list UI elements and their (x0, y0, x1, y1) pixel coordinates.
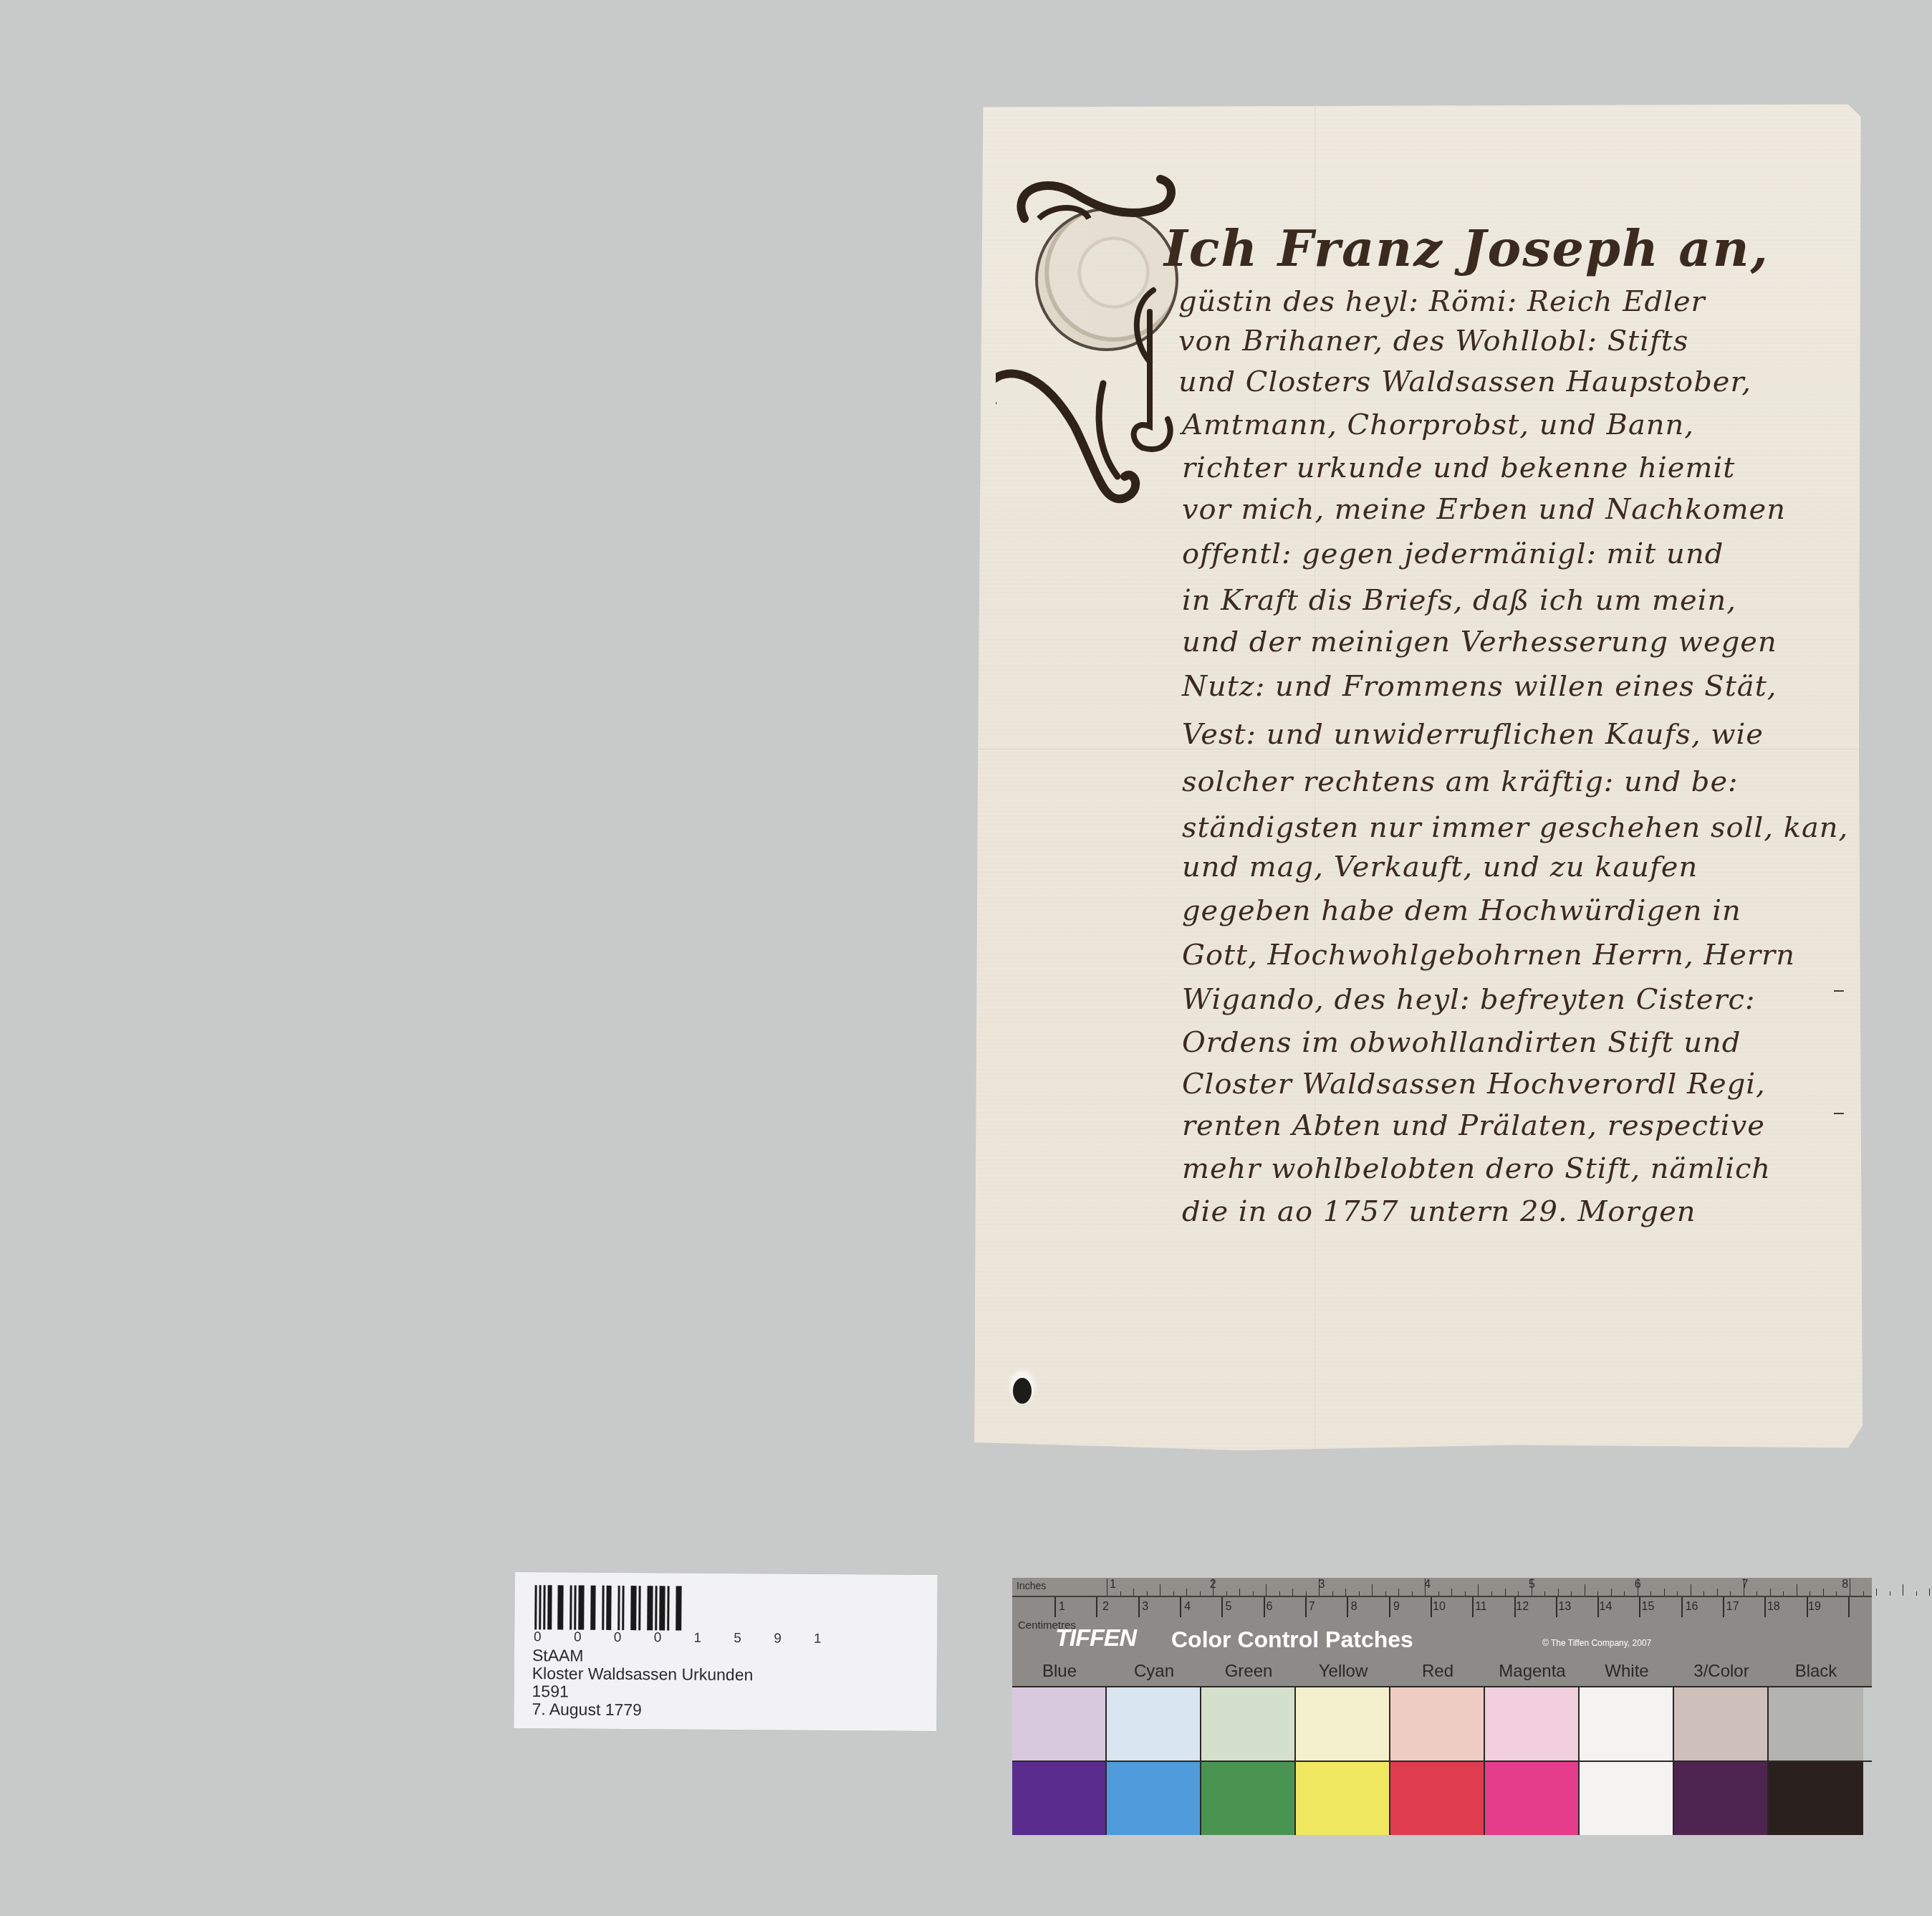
document-line: renten Abten und Prälaten, respective (1182, 1109, 1866, 1142)
inch-tick (1385, 1591, 1386, 1596)
inch-tick (1332, 1591, 1333, 1596)
cm-tick (1639, 1597, 1640, 1617)
inch-tick (1677, 1591, 1678, 1596)
inch-tick (1478, 1584, 1479, 1596)
cm-tick (1723, 1597, 1724, 1617)
cm-tick (1556, 1597, 1557, 1617)
ruler: Inches 1 2 3 4 5 6 7 8 1 2 3 4 5 6 7 8 9… (1012, 1578, 1872, 1686)
document-number: 1591 (532, 1682, 754, 1702)
cm-tick-label: 6 (1267, 1601, 1273, 1614)
cm-tick (1347, 1597, 1348, 1617)
inch-tick (1558, 1589, 1559, 1596)
patch-label-yellow: Yellow (1296, 1662, 1390, 1682)
cm-tick-label: 19 (1808, 1601, 1821, 1614)
cm-tick-label: 17 (1726, 1601, 1739, 1614)
document-line: mehr wohlbelobten dero Stift, nämlich (1182, 1152, 1866, 1185)
decorative-initial-icon (996, 168, 1182, 512)
inch-tick (1279, 1591, 1280, 1596)
patch-yellow-dark (1296, 1762, 1390, 1835)
patch-label-black: Black (1769, 1662, 1863, 1682)
inch-tick (1412, 1591, 1413, 1596)
patch-labels: Blue Cyan Green Yellow Red Magenta White… (1012, 1662, 1872, 1682)
inch-tick (1703, 1591, 1704, 1596)
cm-tick-label: 2 (1102, 1601, 1109, 1614)
cm-tick (1389, 1597, 1390, 1617)
inch-tick (1717, 1589, 1718, 1596)
document-line: Gott, Hochwohlgebohrnen Herrn, Herrn (1182, 939, 1866, 972)
cm-tick (1681, 1597, 1683, 1617)
document-line: solcher rechtens am kräftig: und be: (1182, 765, 1866, 798)
punch-hole (1013, 1378, 1032, 1404)
cm-tick (1138, 1597, 1140, 1617)
patch-3color-dark (1674, 1762, 1769, 1835)
patch-white-dark (1580, 1762, 1674, 1835)
inch-tick (1876, 1589, 1877, 1596)
cm-tick-label: 8 (1351, 1601, 1357, 1614)
patch-label-white: White (1580, 1662, 1674, 1682)
archive-label: 0 0 0 0 1 5 9 1 StAAM Kloster Waldsassen… (514, 1572, 938, 1731)
cm-tick (1597, 1597, 1599, 1617)
inch-tick (1903, 1584, 1903, 1596)
inch-tick (1597, 1591, 1598, 1596)
cm-tick-label: 7 (1309, 1601, 1315, 1614)
document-line: die in ao 1757 untern 29. Morgen (1182, 1195, 1866, 1228)
cm-tick (1180, 1597, 1181, 1617)
chart-copyright: © The Tiffen Company, 2007 (1542, 1638, 1651, 1648)
cm-tick (1472, 1597, 1474, 1617)
inch-tick (1133, 1589, 1134, 1596)
inch-tick (1345, 1589, 1346, 1596)
document-title-line: Ich Franz Joseph an, (1164, 219, 1866, 278)
inch-tick (1544, 1591, 1545, 1596)
inch-tick (1624, 1591, 1625, 1596)
margin-mark (1834, 1113, 1844, 1114)
cm-tick-label: 1 (1059, 1601, 1065, 1614)
cm-tick-label: 15 (1642, 1601, 1655, 1614)
inch-tick (1491, 1591, 1492, 1596)
inch-tick (1306, 1591, 1307, 1596)
inch-tick-label: 1 (1110, 1579, 1116, 1591)
patch-label-red: Red (1390, 1662, 1485, 1682)
patch-black-dark (1769, 1762, 1863, 1835)
barcode-icon (534, 1585, 683, 1630)
inch-tick (1664, 1589, 1665, 1596)
inch-tick (1611, 1589, 1612, 1596)
cm-tick (1054, 1597, 1056, 1617)
margin-mark (1834, 990, 1844, 992)
inch-tick (1638, 1579, 1638, 1596)
patch-red-dark (1390, 1762, 1485, 1835)
document-line: von Brihaner, des Wohllobl: Stifts (1178, 325, 1866, 358)
patch-3color-light (1674, 1687, 1769, 1761)
document-line: Nutz: und Frommens willen eines Stät, (1182, 670, 1866, 703)
inch-tick (1890, 1591, 1890, 1596)
patch-red-light (1390, 1687, 1485, 1761)
color-patches (1012, 1686, 1872, 1836)
document-line: Amtmann, Chorprobst, und Bann, (1182, 408, 1866, 441)
patch-cyan-dark (1107, 1762, 1201, 1835)
document-line: Wigando, des heyl: befreyten Cisterc: (1182, 983, 1866, 1016)
collection-name: Kloster Waldsassen Urkunden (532, 1664, 754, 1684)
inch-tick (1585, 1584, 1585, 1596)
cm-tick-label: 12 (1516, 1601, 1529, 1614)
cm-tick (1264, 1597, 1265, 1617)
document-line: gegeben habe dem Hochwürdigen in (1182, 894, 1866, 927)
patch-label-3color: 3/Color (1674, 1662, 1769, 1682)
inch-tick (1518, 1591, 1519, 1596)
patch-magenta-light (1485, 1687, 1580, 1761)
cm-tick (1514, 1597, 1516, 1617)
cm-tick-label: 18 (1767, 1601, 1780, 1614)
inch-tick (1266, 1584, 1267, 1596)
cm-tick (1848, 1597, 1850, 1617)
inch-tick (1571, 1591, 1572, 1596)
inch-tick (1770, 1589, 1771, 1596)
patch-green-light (1201, 1687, 1296, 1761)
inch-tick (1372, 1584, 1373, 1596)
document-line: und Closters Waldsassen Haupstober, (1178, 365, 1866, 398)
inch-tick (1438, 1591, 1439, 1596)
patch-label-green: Green (1201, 1662, 1296, 1682)
patch-black-light (1769, 1687, 1863, 1761)
cm-tick-label: 4 (1184, 1601, 1191, 1614)
document-line: offentl: gegen jedermänigl: mit und (1182, 537, 1866, 570)
dark-patch-row (1012, 1761, 1872, 1835)
document-date: 7. August 1779 (532, 1700, 753, 1720)
patch-green-dark (1201, 1762, 1296, 1835)
inch-tick (1730, 1591, 1731, 1596)
document-line: ständigsten nur immer geschehen soll, ka… (1182, 811, 1866, 844)
cm-tick (1221, 1597, 1223, 1617)
inch-tick (1200, 1591, 1201, 1596)
patch-label-blue: Blue (1012, 1662, 1107, 1682)
cm-tick (1764, 1597, 1766, 1617)
inch-tick (1147, 1591, 1148, 1596)
inches-label: Inches (1017, 1580, 1046, 1591)
color-control-chart: Inches 1 2 3 4 5 6 7 8 1 2 3 4 5 6 7 8 9… (1012, 1578, 1872, 1833)
document-line: Vest: und unwiderruflichen Kaufs, wie (1182, 718, 1866, 751)
patch-blue-dark (1012, 1762, 1107, 1835)
cm-tick-label: 5 (1225, 1601, 1231, 1614)
document-line: vor mich, meine Erben und Nachkomen (1182, 493, 1866, 526)
tiffen-logo: TIFFEN (1055, 1624, 1136, 1652)
cm-tick (1096, 1597, 1097, 1617)
inch-tick (1850, 1579, 1850, 1596)
document-line: güstin des heyl: Römi: Reich Edler (1178, 285, 1866, 318)
inch-tick (1823, 1589, 1824, 1596)
chart-title: Color Control Patches (1171, 1627, 1413, 1653)
inch-tick (1239, 1589, 1240, 1596)
cm-tick-label: 16 (1686, 1601, 1698, 1614)
inch-tick (1783, 1591, 1784, 1596)
inch-tick-label: 7 (1741, 1579, 1748, 1591)
inch-tick-label: 8 (1842, 1579, 1848, 1591)
inch-tick (1691, 1584, 1691, 1596)
inch-tick (1929, 1589, 1930, 1596)
inch-tick (1213, 1579, 1213, 1596)
inch-tick (1425, 1579, 1426, 1596)
document-line: und mag, Verkauft, und zu kaufen (1182, 851, 1866, 883)
patch-label-magenta: Magenta (1485, 1662, 1580, 1682)
inch-tick (1107, 1579, 1107, 1596)
manuscript-page: Ich Franz Joseph an, güstin des heyl: Rö… (974, 100, 1866, 1453)
inch-tick (1186, 1589, 1187, 1596)
inch-tick (1744, 1579, 1744, 1596)
patch-white-light (1580, 1687, 1674, 1761)
patch-magenta-dark (1485, 1762, 1580, 1835)
inch-tick (1173, 1591, 1174, 1596)
inch-tick (1916, 1591, 1917, 1596)
inch-tick (1836, 1591, 1837, 1596)
cm-tick-label: 11 (1475, 1601, 1487, 1614)
document-line: Closter Waldsassen Hochverordl Regi, (1182, 1068, 1866, 1101)
inch-tick (1359, 1591, 1360, 1596)
cm-tick-label: 10 (1433, 1601, 1446, 1614)
inch-tick (1253, 1591, 1254, 1596)
inch-tick (1398, 1589, 1399, 1596)
cm-tick-label: 9 (1393, 1601, 1400, 1614)
document-line: und der meinigen Verhesserung wegen (1182, 626, 1866, 658)
inch-tick (1465, 1591, 1466, 1596)
patch-cyan-light (1107, 1687, 1201, 1761)
inch-tick (1797, 1584, 1797, 1596)
document-line: Ordens im obwohllandirten Stift und (1182, 1026, 1866, 1059)
label-text-block: StAAM Kloster Waldsassen Urkunden 1591 7… (532, 1647, 753, 1720)
cm-tick (1305, 1597, 1307, 1617)
patch-yellow-light (1296, 1687, 1390, 1761)
inch-tick (1756, 1591, 1757, 1596)
inch-tick (1292, 1589, 1293, 1596)
document-line: in Kraft dis Briefs, daß ich um mein, (1182, 584, 1866, 617)
patch-label-cyan: Cyan (1107, 1662, 1201, 1682)
inch-tick (1120, 1591, 1121, 1596)
cm-tick (1807, 1597, 1808, 1617)
cm-tick-label: 13 (1558, 1601, 1571, 1614)
inch-tick (1505, 1589, 1506, 1596)
inch-tick (1319, 1579, 1320, 1596)
inch-tick (1532, 1579, 1532, 1596)
cm-tick-label: 14 (1600, 1601, 1613, 1614)
archive-name: StAAM (532, 1647, 754, 1666)
barcode-number: 0 0 0 0 1 5 9 1 (534, 1629, 836, 1647)
inch-tick (1863, 1591, 1864, 1596)
inch-tick (1160, 1584, 1160, 1596)
cm-tick (1431, 1597, 1432, 1617)
light-patch-row (1012, 1687, 1872, 1761)
inch-tick (1810, 1591, 1810, 1596)
inch-tick (1451, 1589, 1452, 1596)
patch-blue-light (1012, 1687, 1107, 1761)
cm-tick-label: 3 (1142, 1601, 1148, 1614)
inch-tick (1226, 1591, 1227, 1596)
inch-tick (1650, 1591, 1651, 1596)
document-line: richter urkunde und bekenne hiemit (1182, 451, 1866, 484)
